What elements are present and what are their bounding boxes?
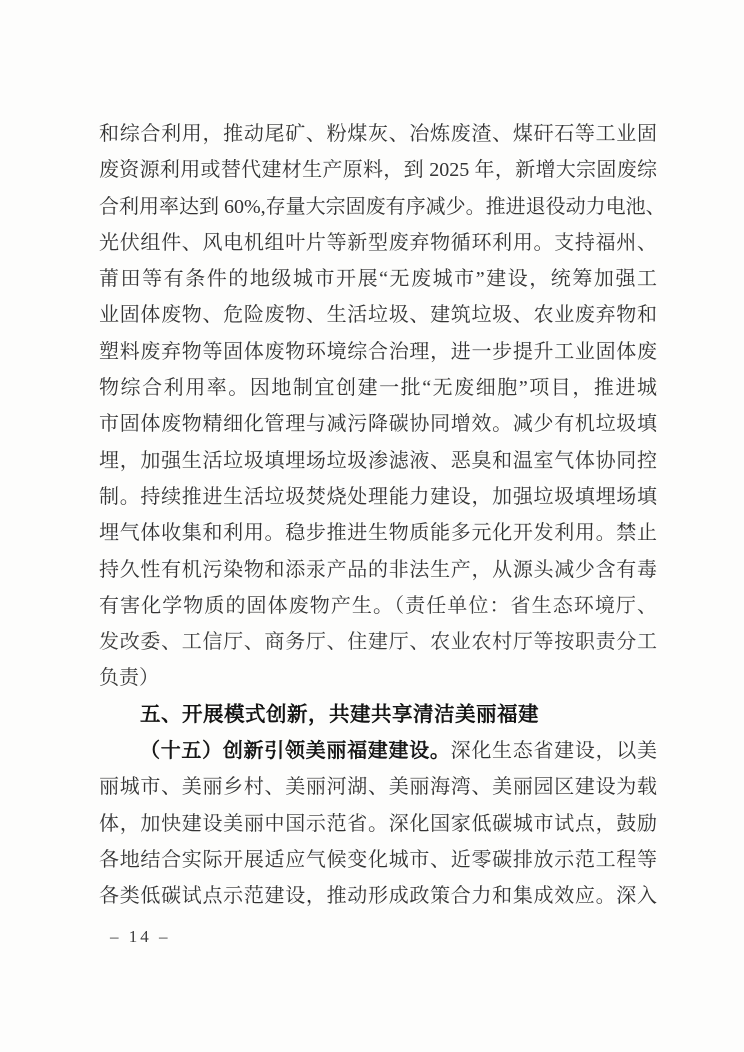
text-segment-kai: 发改委、工信厅、商务厅、住建厅、农业农村厅等按职责分工 xyxy=(99,631,657,653)
text-line: 和综合利用，推动尾矿、粉煤灰、冶炼废渣、煤矸石等工业固 xyxy=(99,116,657,152)
text-line: 业固体废物、危险废物、生活垃圾、建筑垃圾、农业废弃物和 xyxy=(99,297,657,333)
text-segment-body: 光伏组件、风电机组叶片等新型废弃物循环利用。支持福州、 xyxy=(99,232,657,254)
text-segment-body: 物综合利用率。因地制宜创建一批“无废细胞”项目，推进城 xyxy=(99,377,657,399)
text-line: 市固体废物精细化管理与减污降碳协同增效。减少有机垃圾填 xyxy=(99,406,657,442)
text-line: 持久性有机污染物和添汞产品的非法生产，从源头减少含有毒 xyxy=(99,552,657,588)
text-segment-body: 各类低碳试点示范建设，推动形成政策合力和集成效应。深入 xyxy=(99,885,657,907)
document-page: 和综合利用，推动尾矿、粉煤灰、冶炼废渣、煤矸石等工业固废资源利用或替代建材生产原… xyxy=(0,0,744,1052)
text-line: 制。持续推进生活垃圾焚烧处理能力建设，加强垃圾填埋场填 xyxy=(99,479,657,515)
text-line: 埋，加强生活垃圾填埋场垃圾渗滤液、恶臭和温室气体协同控 xyxy=(99,443,657,479)
page-number: – 14 – xyxy=(110,927,171,947)
text-line: 莆田等有条件的地级城市开展“无废城市”建设，统筹加强工 xyxy=(99,261,657,297)
text-line: 丽城市、美丽乡村、美丽河湖、美丽海湾、美丽园区建设为载 xyxy=(99,769,657,805)
text-segment-body: 塑料废弃物等固体废物环境综合治理，进一步提升工业固体废 xyxy=(99,341,657,363)
text-line: （十五）创新引领美丽福建建设。深化生态省建设，以美 xyxy=(99,733,657,769)
text-segment-kai: 负责） xyxy=(99,667,159,689)
text-line: 有害化学物质的固体废物产生。（责任单位：省生态环境厅、 xyxy=(99,588,657,624)
text-line: 物综合利用率。因地制宜创建一批“无废细胞”项目，推进城 xyxy=(99,370,657,406)
section-heading: 五、开展模式创新，共建共享清洁美丽福建 xyxy=(99,697,657,733)
text-line: 合利用率达到 60%,存量大宗固废有序减少。推进退役动力电池、 xyxy=(99,189,657,225)
text-segment-kai: （责任单位：省生态环境厅、 xyxy=(394,595,657,617)
text-line: 塑料废弃物等固体废物环境综合治理，进一步提升工业固体废 xyxy=(99,334,657,370)
text-body: 和综合利用，推动尾矿、粉煤灰、冶炼废渣、煤矸石等工业固废资源利用或替代建材生产原… xyxy=(99,116,657,915)
text-segment-boldkai: （十五）创新引领美丽福建建设。 xyxy=(140,740,451,762)
text-segment-body: 合利用率达到 60%,存量大宗固废有序减少。推进退役动力电池、 xyxy=(99,196,666,218)
text-segment-body: 废资源利用或替代建材生产原料，到 2025 年，新增大宗固废综 xyxy=(99,159,657,181)
text-line: 各类低碳试点示范建设，推动形成政策合力和集成效应。深入 xyxy=(99,878,657,914)
text-line: 埋气体收集和利用。稳步推进生物质能多元化开发利用。禁止 xyxy=(99,515,657,551)
text-segment-body: 深化生态省建设，以美 xyxy=(451,740,657,762)
text-segment-body: 莆田等有条件的地级城市开展“无废城市”建设，统筹加强工 xyxy=(99,268,657,290)
text-segment-body: 和综合利用，推动尾矿、粉煤灰、冶炼废渣、煤矸石等工业固 xyxy=(99,123,657,145)
text-segment-body: 各地结合实际开展适应气候变化城市、近零碳排放示范工程等 xyxy=(99,849,657,871)
text-segment-body: 体，加快建设美丽中国示范省。深化国家低碳城市试点，鼓励 xyxy=(99,813,657,835)
text-line: 体，加快建设美丽中国示范省。深化国家低碳城市试点，鼓励 xyxy=(99,806,657,842)
text-line: 发改委、工信厅、商务厅、住建厅、农业农村厅等按职责分工 xyxy=(99,624,657,660)
text-segment-body: 持久性有机污染物和添汞产品的非法生产，从源头减少含有毒 xyxy=(99,559,657,581)
text-segment-body: 埋气体收集和利用。稳步推进生物质能多元化开发利用。禁止 xyxy=(99,522,657,544)
text-segment-body: 埋，加强生活垃圾填埋场垃圾渗滤液、恶臭和温室气体协同控 xyxy=(99,450,657,472)
text-line: 废资源利用或替代建材生产原料，到 2025 年，新增大宗固废综 xyxy=(99,152,657,188)
text-segment-body: 业固体废物、危险废物、生活垃圾、建筑垃圾、农业废弃物和 xyxy=(99,304,657,326)
text-line: 光伏组件、风电机组叶片等新型废弃物循环利用。支持福州、 xyxy=(99,225,657,261)
text-line: 各地结合实际开展适应气候变化城市、近零碳排放示范工程等 xyxy=(99,842,657,878)
text-segment-body: 有害化学物质的固体废物产生。 xyxy=(99,595,394,617)
text-segment-body: 丽城市、美丽乡村、美丽河湖、美丽海湾、美丽园区建设为载 xyxy=(99,776,657,798)
text-segment-body: 市固体废物精细化管理与减污降碳协同增效。减少有机垃圾填 xyxy=(99,413,657,435)
text-segment-body: 制。持续推进生活垃圾焚烧处理能力建设，加强垃圾填埋场填 xyxy=(99,486,657,508)
text-line: 负责） xyxy=(99,660,657,696)
